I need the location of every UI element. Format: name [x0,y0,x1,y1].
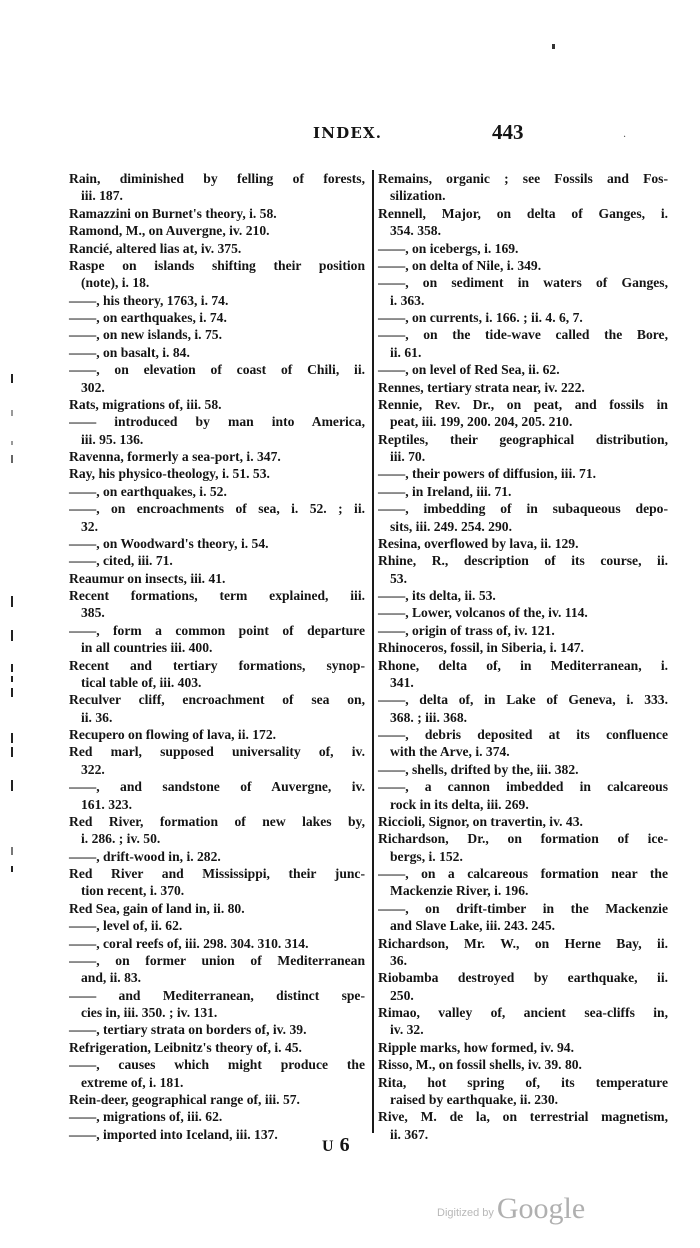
index-entry-continuation: i. 286. ; iv. 50. [69,830,365,847]
index-entry: Rhone, delta of, in Mediterranean, i. [378,657,668,674]
index-subentry: ——, debris deposited at its confluence [378,726,668,743]
index-entry: Rita, hot spring of, its temperature [378,1074,668,1091]
index-entry-continuation: 368. ; iii. 368. [378,709,668,726]
watermark-prefix: Digitized by [437,1207,494,1219]
left-margin-scan-marks [11,0,17,1248]
index-subentry: ——, on level of Red Sea, ii. 62. [378,361,668,378]
index-entry: Ripple marks, how formed, iv. 94. [378,1039,668,1056]
index-subentry: ——, imported into Iceland, iii. 137. [69,1126,365,1143]
index-entry-continuation: cies in, iii. 350. ; iv. 131. [69,1004,365,1021]
index-subentry: ——, his theory, 1763, i. 74. [69,292,365,309]
index-subentry: ——, on former union of Mediterranean [69,952,365,969]
index-entry-continuation: in all countries iii. 400. [69,639,365,656]
index-entry: Rennie, Rev. Dr., on peat, and fossils i… [378,396,668,413]
index-subentry: ——, and sandstone of Auvergne, iv. [69,778,365,795]
scan-speck [552,44,555,49]
index-entry-continuation: silization. [378,187,668,204]
index-entry-continuation: peat, iii. 199, 200. 204, 205. 210. [378,413,668,430]
index-entry: Ravenna, formerly a sea-port, i. 347. [69,448,365,465]
index-entry-continuation: (note), i. 18. [69,274,365,291]
index-entry: Red River, formation of new lakes by, [69,813,365,830]
index-entry: Rhine, R., description of its course, ii… [378,552,668,569]
index-entry-continuation: and Slave Lake, iii. 243. 245. [378,917,668,934]
index-subentry: ——, on sediment in waters of Ganges, [378,274,668,291]
index-subentry: ——, drift-wood in, i. 282. [69,848,365,865]
index-subentry: ——, in Ireland, iii. 71. [378,483,668,500]
index-entry-continuation: 250. [378,987,668,1004]
index-subentry: ——, on earthquakes, i. 52. [69,483,365,500]
index-entry-continuation: 53. [378,570,668,587]
index-entry-continuation: tical table of, iii. 403. [69,674,365,691]
index-entry-continuation: i. 363. [378,292,668,309]
index-entry-continuation: ii. 367. [378,1126,668,1143]
index-entry: Rennell, Major, on delta of Ganges, i. [378,205,668,222]
index-subentry: ——, tertiary strata on borders of, iv. 3… [69,1021,365,1038]
index-subentry: ——, level of, ii. 62. [69,917,365,934]
index-subentry: ——, causes which might produce the [69,1056,365,1073]
index-entry-continuation: 32. [69,518,365,535]
index-entry-continuation: and, ii. 83. [69,969,365,986]
scan-speck: · [623,132,626,143]
index-entry-continuation: iii. 187. [69,187,365,204]
running-title: INDEX. [313,124,382,142]
index-entry-continuation: sits, iii. 249. 254. 290. [378,518,668,535]
index-entry: Ramazzini on Burnet's theory, i. 58. [69,205,365,222]
index-column-left: Rain, diminished by felling of forests, … [69,170,365,1143]
index-subentry: ——, on new islands, i. 75. [69,326,365,343]
index-entry-continuation: rock in its delta, iii. 269. [378,796,668,813]
index-entry: Raspe on islands shifting their position [69,257,365,274]
index-entry: Rain, diminished by felling of forests, [69,170,365,187]
digitization-watermark: Digitized byGoogle [437,1192,585,1226]
index-entry: Rancié, altered lias at, iv. 375. [69,240,365,257]
index-subentry: —— and Mediterranean, distinct spe- [69,987,365,1004]
index-subentry: ——, shells, drifted by the, iii. 382. [378,761,668,778]
index-entry-continuation: 354. 358. [378,222,668,239]
index-entry: Rive, M. de la, on terrestrial magnetism… [378,1108,668,1125]
index-entry: Rhinoceros, fossil, in Siberia, i. 147. [378,639,668,656]
index-entry: Ray, his physico-theology, i. 51. 53. [69,465,365,482]
index-entry: Recupero on flowing of lava, ii. 172. [69,726,365,743]
index-entry-continuation: Mackenzie River, i. 196. [378,882,668,899]
index-entry: Red marl, supposed universality of, iv. [69,743,365,760]
index-entry: Ramond, M., on Auvergne, iv. 210. [69,222,365,239]
index-subentry: ——, cited, iii. 71. [69,552,365,569]
index-entry-continuation: bergs, i. 152. [378,848,668,865]
index-entry-continuation: 36. [378,952,668,969]
index-subentry: ——, on encroachments of sea, i. 52. ; ii… [69,500,365,517]
book-page: INDEX. 443 · Rain, diminished by felling… [0,0,700,1248]
printer-signature-mark: U6 [322,1134,350,1157]
index-subentry: ——, on currents, i. 166. ; ii. 4. 6, 7. [378,309,668,326]
index-subentry: ——, on delta of Nile, i. 349. [378,257,668,274]
index-entry-continuation: iv. 32. [378,1021,668,1038]
index-entry: Reculver cliff, encroachment of sea on, [69,691,365,708]
index-subentry: ——, on icebergs, i. 169. [378,240,668,257]
index-entry-continuation: iii. 95. 136. [69,431,365,448]
index-entry: Richardson, Dr., on formation of ice- [378,830,668,847]
index-entry: Red River and Mississippi, their junc- [69,865,365,882]
index-entry: Rimao, valley of, ancient sea-cliffs in, [378,1004,668,1021]
index-subentry: ——, coral reefs of, iii. 298. 304. 310. … [69,935,365,952]
index-entry-continuation: 161. 323. [69,796,365,813]
index-entry-continuation: 385. [69,604,365,621]
index-subentry: ——, on drift-timber in the Mackenzie [378,900,668,917]
index-column-right: Remains, organic ; see Fossils and Fos- … [378,170,668,1143]
index-entry-continuation: tion recent, i. 370. [69,882,365,899]
column-divider [372,170,374,1133]
index-subentry: ——, migrations of, iii. 62. [69,1108,365,1125]
index-entry: Risso, M., on fossil shells, iv. 39. 80. [378,1056,668,1073]
index-entry: Resina, overflowed by lava, ii. 129. [378,535,668,552]
index-entry: Reptiles, their geographical distributio… [378,431,668,448]
index-entry-continuation: 341. [378,674,668,691]
index-entry-continuation: with the Arve, i. 374. [378,743,668,760]
index-subentry: ——, on earthquakes, i. 74. [69,309,365,326]
index-entry: Richardson, Mr. W., on Herne Bay, ii. [378,935,668,952]
running-head: INDEX. 443 · [60,124,640,148]
index-subentry: —— introduced by man into America, [69,413,365,430]
index-entry: Riccioli, Signor, on travertin, iv. 43. [378,813,668,830]
index-subentry: ——, on a calcareous formation near the [378,865,668,882]
index-entry-continuation: ii. 36. [69,709,365,726]
index-subentry: ——, origin of trass of, iv. 121. [378,622,668,639]
index-entry-continuation: ii. 61. [378,344,668,361]
index-entry: Recent formations, term explained, iii. [69,587,365,604]
index-entry: Rein-deer, geographical range of, iii. 5… [69,1091,365,1108]
index-subentry: ——, a cannon imbedded in calcareous [378,778,668,795]
signature-letter: U [322,1138,334,1155]
index-subentry: ——, form a common point of departure [69,622,365,639]
index-entry: Reaumur on insects, iii. 41. [69,570,365,587]
index-subentry: ——, on Woodward's theory, i. 54. [69,535,365,552]
index-entry: Recent and tertiary formations, synop- [69,657,365,674]
index-entry: Remains, organic ; see Fossils and Fos- [378,170,668,187]
google-logo-text: Google [497,1192,585,1225]
index-entry: Refrigeration, Leibnitz's theory of, i. … [69,1039,365,1056]
index-entry: Riobamba destroyed by earthquake, ii. [378,969,668,986]
index-entry-continuation: 322. [69,761,365,778]
page-number: 443 [492,120,524,145]
index-subentry: ——, on basalt, i. 84. [69,344,365,361]
index-subentry: ——, imbedding of in subaqueous depo- [378,500,668,517]
index-subentry: ——, Lower, volcanos of the, iv. 114. [378,604,668,621]
index-entry-continuation: 302. [69,379,365,396]
index-subentry: ——, delta of, in Lake of Geneva, i. 333. [378,691,668,708]
index-entry-continuation: raised by earthquake, ii. 230. [378,1091,668,1108]
index-entry: Red Sea, gain of land in, ii. 80. [69,900,365,917]
index-entry-continuation: iii. 70. [378,448,668,465]
index-subentry: ——, its delta, ii. 53. [378,587,668,604]
index-entry: Rats, migrations of, iii. 58. [69,396,365,413]
index-subentry: ——, their powers of diffusion, iii. 71. [378,465,668,482]
index-subentry: ——, on elevation of coast of Chili, ii. [69,361,365,378]
index-subentry: ——, on the tide-wave called the Bore, [378,326,668,343]
signature-number: 6 [340,1134,350,1156]
index-entry-continuation: extreme of, i. 181. [69,1074,365,1091]
index-entry: Rennes, tertiary strata near, iv. 222. [378,379,668,396]
